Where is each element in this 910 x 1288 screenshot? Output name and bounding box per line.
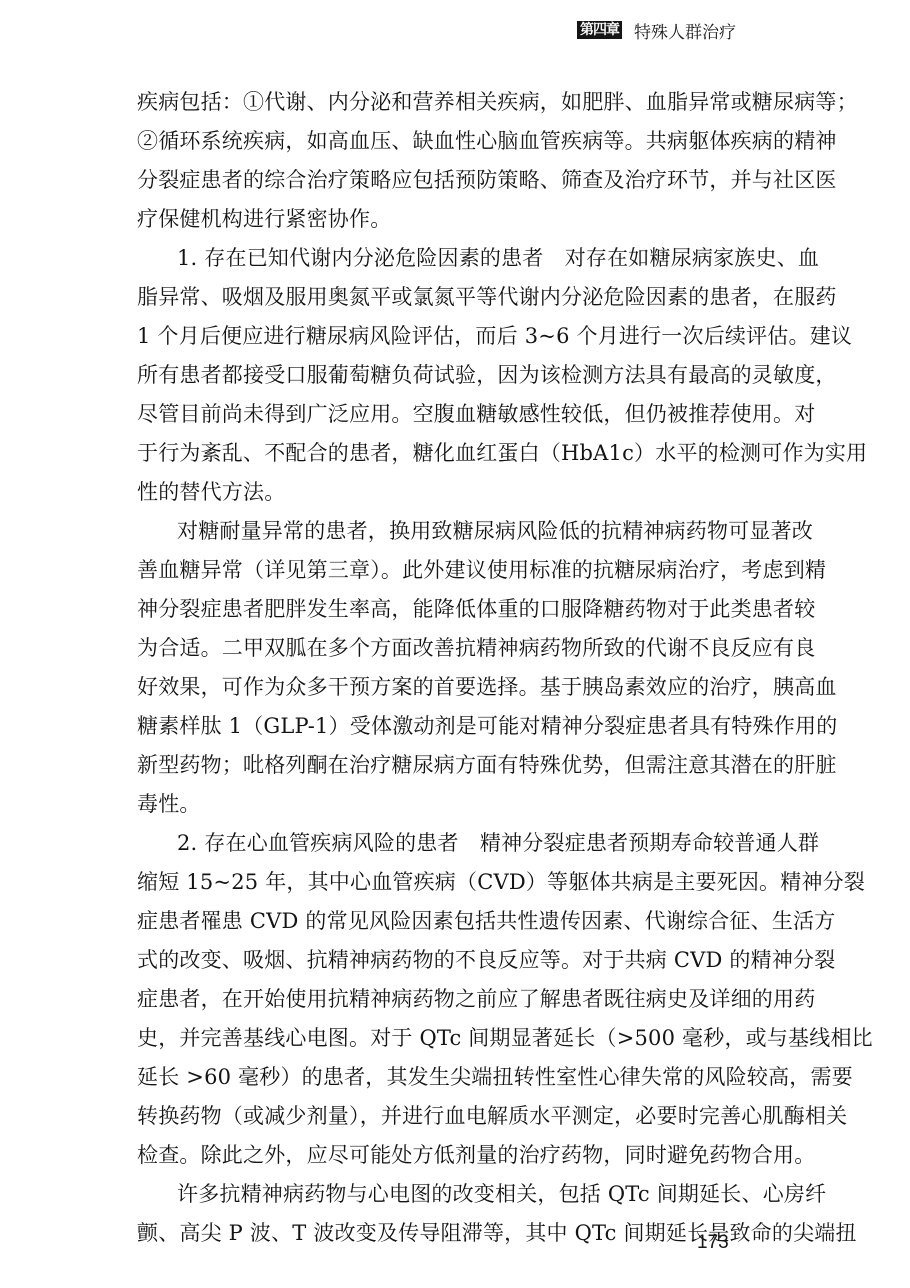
text-line: 颤、高尖 P 波、T 波改变及传导阻滞等，其中 QTc 间期延长是致命的尖端扭 (137, 1214, 727, 1253)
text-line: 好效果，可作为众多干预方案的首要选择。基于胰岛素效应的治疗，胰高血 (137, 668, 727, 707)
text-line: 式的改变、吸烟、抗精神病药物的不良反应等。对于共病 CVD 的精神分裂 (137, 941, 727, 980)
text-line: 转换药物（或减少剂量），并进行血电解质水平测定，必要时完善心肌酶相关 (137, 1097, 727, 1136)
text-line: 分裂症患者的综合治疗策略应包括预防策略、筛查及治疗环节，并与社区医 (137, 161, 727, 200)
text-line: 缩短 15~25 年，其中心血管疾病（CVD）等躯体共病是主要死因。精神分裂 (137, 863, 727, 902)
text-line: 为合适。二甲双胍在多个方面改善抗精神病药物所致的代谢不良反应有良 (137, 629, 727, 668)
page-number: 173 (697, 1232, 729, 1254)
running-header: 第四章 特殊人群治疗 (577, 19, 736, 41)
body-text: 疾病包括：①代谢、内分泌和营养相关疾病，如肥胖、血脂异常或糖尿病等； ②循环系统… (137, 83, 727, 1253)
text-line: 毒性。 (137, 785, 727, 824)
section-heading-line: 2. 存在心血管疾病风险的患者 精神分裂症患者预期寿命较普通人群 (137, 824, 727, 863)
section-heading-line: 1. 存在已知代谢内分泌危险因素的患者 对存在如糖尿病家族史、血 (137, 239, 727, 278)
chapter-title: 特殊人群治疗 (634, 18, 736, 43)
text-line: 检查。除此之外，应尽可能处方低剂量的治疗药物，同时避免药物合用。 (137, 1136, 727, 1175)
text-line: 对糖耐量异常的患者，换用致糖尿病风险低的抗精神病药物可显著改 (137, 512, 727, 551)
text-line: 疗保健机构进行紧密协作。 (137, 200, 727, 239)
text-line: 新型药物；吡格列酮在治疗糖尿病方面有特殊优势，但需注意其潜在的肝脏 (137, 746, 727, 785)
text-line: 性的替代方法。 (137, 473, 727, 512)
text-line: 糖素样肽 1（GLP-1）受体激动剂是可能对精神分裂症患者具有特殊作用的 (137, 707, 727, 746)
text-line: 延长 >60 毫秒）的患者，其发生尖端扭转性室性心律失常的风险较高，需要 (137, 1058, 727, 1097)
text-line: 许多抗精神病药物与心电图的改变相关，包括 QTc 间期延长、心房纤 (137, 1175, 727, 1214)
text-line: 症患者罹患 CVD 的常见风险因素包括共性遗传因素、代谢综合征、生活方 (137, 902, 727, 941)
text-line: 史，并完善基线心电图。对于 QTc 间期显著延长（>500 毫秒，或与基线相比 (137, 1019, 727, 1058)
text-line: 善血糖异常（详见第三章）。此外建议使用标准的抗糖尿病治疗，考虑到精 (137, 551, 727, 590)
text-line: 所有患者都接受口服葡萄糖负荷试验，因为该检测方法具有最高的灵敏度， (137, 356, 727, 395)
text-line: 脂异常、吸烟及服用奥氮平或氯氮平等代谢内分泌危险因素的患者，在服药 (137, 278, 727, 317)
text-line: 1 个月后便应进行糖尿病风险评估，而后 3~6 个月进行一次后续评估。建议 (137, 317, 727, 356)
text-line: 于行为紊乱、不配合的患者，糖化血红蛋白（HbA1c）水平的检测可作为实用 (137, 434, 727, 473)
chapter-badge: 第四章 (577, 21, 622, 39)
text-line: ②循环系统疾病，如高血压、缺血性心脑血管疾病等。共病躯体疾病的精神 (137, 122, 727, 161)
text-line: 尽管目前尚未得到广泛应用。空腹血糖敏感性较低，但仍被推荐使用。对 (137, 395, 727, 434)
text-line: 症患者，在开始使用抗精神病药物之前应了解患者既往病史及详细的用药 (137, 980, 727, 1019)
text-line: 神分裂症患者肥胖发生率高，能降低体重的口服降糖药物对于此类患者较 (137, 590, 727, 629)
text-line: 疾病包括：①代谢、内分泌和营养相关疾病，如肥胖、血脂异常或糖尿病等； (137, 83, 727, 122)
